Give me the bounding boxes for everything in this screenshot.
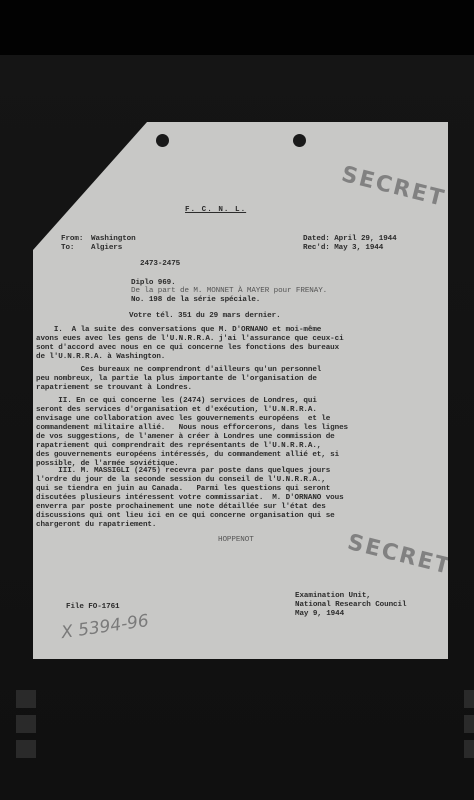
document-page: SECRET F. C. N. L. From: Washington To: … <box>33 122 448 659</box>
to-value: Algiers <box>91 244 122 253</box>
footer-line-3: May 9, 1944 <box>295 610 344 619</box>
sprocket-hole <box>464 715 474 733</box>
sprocket-hole <box>464 740 474 758</box>
from-value: Washington <box>91 235 136 244</box>
received-line: Rec'd: May 3, 1944 <box>303 244 383 253</box>
dated-line: Dated: April 29, 1944 <box>303 235 397 244</box>
reference-numbers: 2473-2475 <box>140 260 180 269</box>
signature: HOPPENOT <box>218 536 254 545</box>
handwritten-note: X 5394-96 <box>60 611 150 643</box>
footer-line-2: National Research Council <box>295 601 406 610</box>
reference-telegram: Votre tél. 351 du 29 mars dernier. <box>129 312 281 321</box>
to-label: To: <box>61 244 74 253</box>
document-heading: F. C. N. L. <box>185 206 246 215</box>
sprocket-hole <box>16 690 36 708</box>
from-label: From: <box>61 235 83 244</box>
punch-hole <box>293 134 306 147</box>
sprocket-hole <box>16 740 36 758</box>
paragraph-1: I. A la suite des conversations que M. D… <box>33 326 376 362</box>
paragraph-3: III. M. MASSIGLI (2475) recevra par post… <box>33 467 376 530</box>
footer-line-1: Examination Unit, <box>295 592 371 601</box>
sprocket-hole <box>464 690 474 708</box>
paragraph-2: II. En ce qui concerne les (2474) servic… <box>33 397 376 469</box>
file-number: File FO-1761 <box>66 603 119 612</box>
secret-stamp: SECRET <box>339 162 448 212</box>
series-number: No. 198 de la série spéciale. <box>131 296 260 305</box>
sender-line: De la part de M. MONNET À MAYER pour FRE… <box>131 287 327 296</box>
secret-stamp: SECRET <box>345 530 454 580</box>
sprocket-hole <box>16 715 36 733</box>
paragraph-1b: Ces bureaux ne comprendront d'ailleurs q… <box>33 366 376 393</box>
punch-hole <box>156 134 169 147</box>
film-top-edge <box>0 0 474 55</box>
